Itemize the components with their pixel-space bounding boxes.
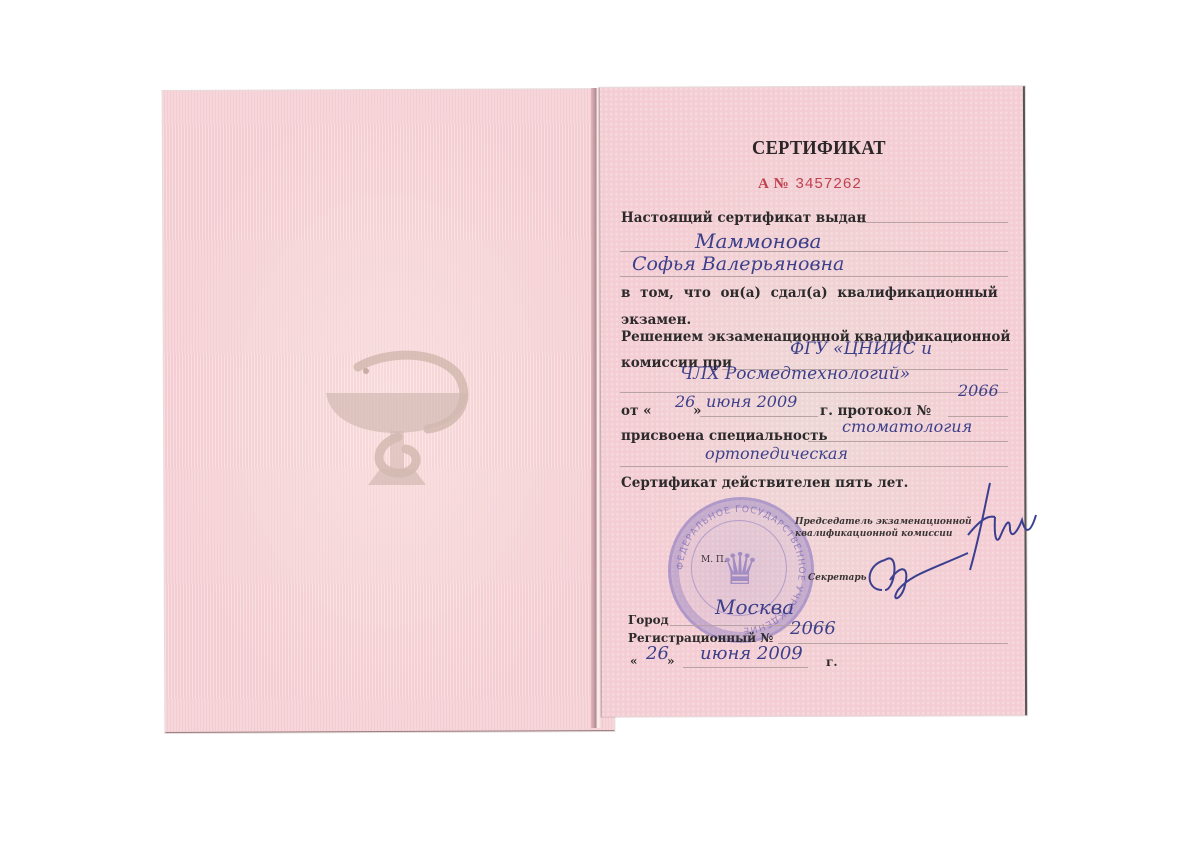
reg-date-close: »	[667, 654, 675, 668]
rule-line	[778, 643, 1008, 644]
rule-line	[620, 251, 1008, 252]
protocol-number: 2066	[958, 381, 999, 400]
rule-line	[620, 276, 1008, 277]
rule-line	[808, 441, 1008, 442]
holder-name-patronymic: Софья Валерьяновна	[632, 253, 844, 275]
specialty-label: присвоена специальность	[621, 428, 828, 444]
city-value: Москва	[715, 595, 794, 619]
commission-handwritten-1: ФГУ «ЦНИИС и	[790, 339, 932, 359]
reg-date-day: 26	[646, 643, 669, 664]
double-headed-eagle-icon: ♛	[715, 542, 765, 598]
chairman-label-2: квалификационной комиссии	[795, 529, 952, 539]
reg-date-month-year: июня 2009	[700, 643, 803, 664]
secretary-signature	[860, 545, 970, 605]
date-prefix: от «	[621, 403, 652, 419]
rule-line	[700, 416, 818, 417]
validity-text: Сертификат действителен пять лет.	[621, 475, 908, 491]
commission-handwritten-2: ЧЛХ Росмедтехнологий»	[680, 364, 910, 384]
series-prefix: А №	[758, 176, 789, 192]
reg-date-suffix: г.	[826, 655, 838, 669]
rule-line	[683, 667, 808, 668]
rule-line	[858, 222, 1008, 223]
holder-surname: Маммонова	[695, 229, 821, 253]
chairman-label-1: Председатель экзаменационной	[795, 517, 972, 527]
certificate-serial-number: А №3457262	[758, 176, 862, 193]
bowl-of-hygieia-icon	[318, 345, 478, 495]
issued-to-label: Настоящий сертификат выдан	[621, 210, 866, 226]
registration-number: 2066	[790, 618, 836, 639]
city-label: Город	[628, 613, 669, 627]
date-month-year: июня 2009	[706, 392, 797, 411]
seal-label: М. П.	[701, 555, 727, 565]
certificate-title: СЕРТИФИКАТ	[752, 137, 886, 160]
rule-line	[620, 466, 1008, 467]
reg-date-open: «	[630, 654, 638, 668]
specialty-handwritten-1: стоматология	[842, 417, 972, 436]
passed-exam-text: в том, что он(а) сдал(а) квалификационны…	[621, 285, 998, 301]
specialty-handwritten-2: ортопедическая	[705, 444, 848, 463]
serial-number: 3457262	[795, 176, 862, 193]
passed-exam-text-2: экзамен.	[621, 312, 691, 328]
secretary-label: Секретарь	[808, 573, 867, 583]
